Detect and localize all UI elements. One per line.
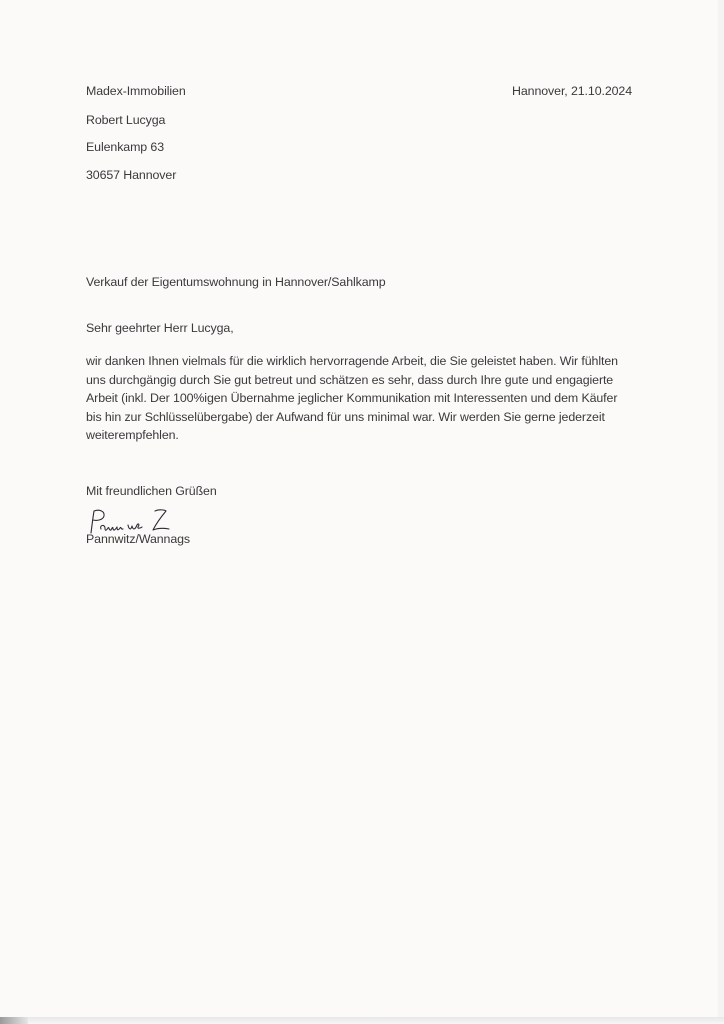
body-line: uns durchgängig durch Sie gut betreut un… bbox=[86, 371, 646, 390]
sender-city: 30657 Hannover bbox=[86, 168, 176, 183]
body-line: wir danken Ihnen vielmals für die wirkli… bbox=[86, 352, 646, 371]
sender-name: Robert Lucyga bbox=[86, 113, 165, 128]
salutation: Sehr geehrter Herr Lucyga, bbox=[86, 321, 234, 336]
body-line: weiterempfehlen. bbox=[86, 426, 646, 445]
letter-body: wir danken Ihnen vielmals für die wirkli… bbox=[86, 352, 646, 445]
scan-edge-bottom bbox=[0, 1017, 724, 1024]
closing: Mit freundlichen Grüßen bbox=[86, 484, 217, 499]
sender-company: Madex-Immobilien bbox=[86, 84, 186, 99]
body-line: Arbeit (inkl. Der 100%igen Übernahme jeg… bbox=[86, 389, 646, 408]
scan-edge-right bbox=[718, 0, 724, 1017]
signer-name: Pannwitz/Wannags bbox=[86, 532, 190, 547]
body-line: bis hin zur Schlüsselübergabe) der Aufwa… bbox=[86, 408, 646, 427]
letter-page: Madex-Immobilien Robert Lucyga Eulenkamp… bbox=[0, 0, 718, 1017]
subject-line: Verkauf der Eigentumswohnung in Hannover… bbox=[86, 275, 386, 290]
sender-street: Eulenkamp 63 bbox=[86, 140, 164, 155]
date-line: Hannover, 21.10.2024 bbox=[512, 84, 632, 99]
